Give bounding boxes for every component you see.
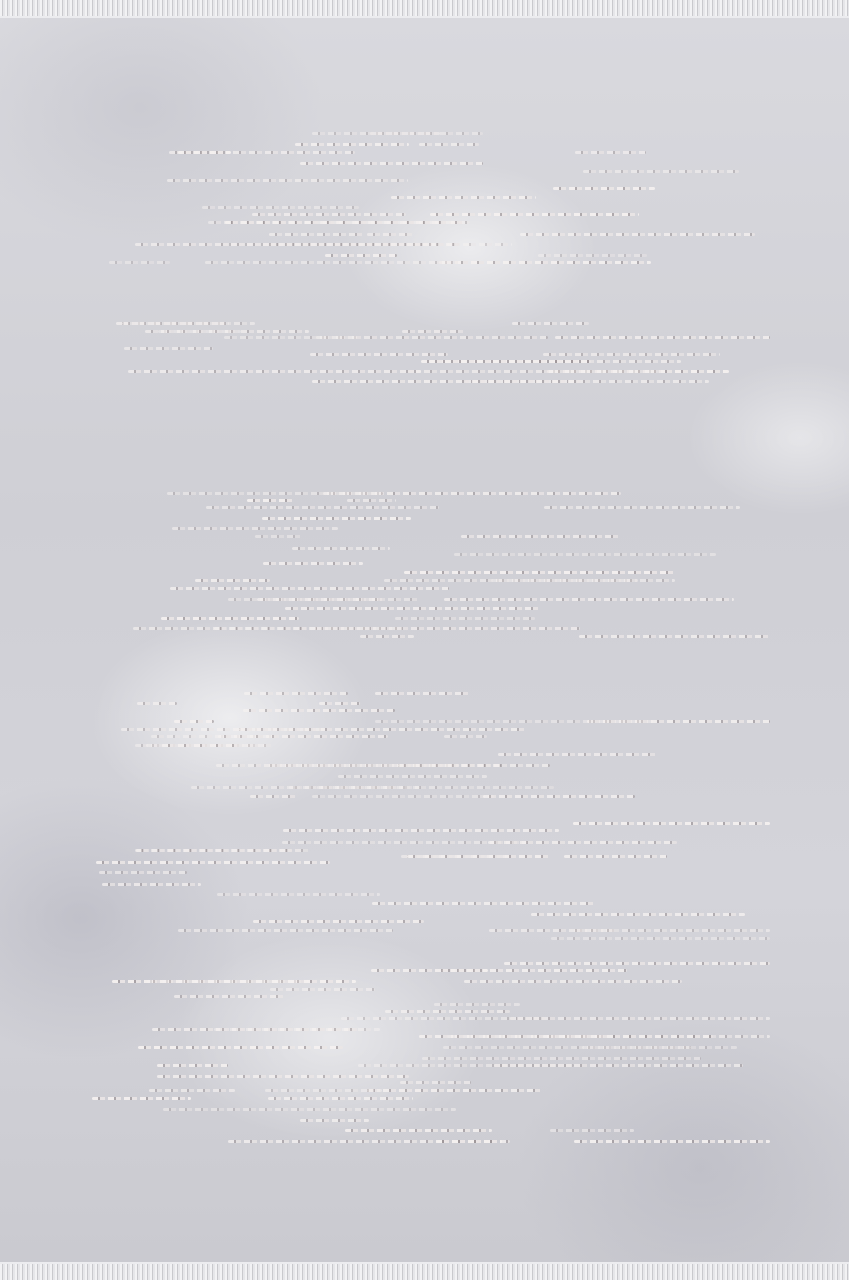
- texture-line: [312, 380, 581, 383]
- texture-line: [135, 243, 433, 246]
- texture-line: [489, 929, 618, 932]
- texture-line: [225, 221, 464, 224]
- texture-line: [250, 795, 298, 798]
- texture-line: [408, 370, 664, 373]
- texture-line: [300, 162, 483, 165]
- texture-line: [102, 883, 201, 886]
- texture-line: [358, 1064, 574, 1067]
- texture-line: [243, 709, 395, 712]
- texture-line: [367, 233, 413, 236]
- texture-line: [419, 143, 479, 146]
- texture-line: [575, 151, 646, 154]
- texture-line: [338, 775, 487, 778]
- texture-line: [268, 1097, 413, 1100]
- texture-line: [152, 1028, 358, 1031]
- texture-line: [407, 855, 550, 858]
- texture-line: [543, 1035, 770, 1038]
- texture-line: [161, 617, 299, 620]
- texture-line: [444, 598, 734, 601]
- texture-line: [544, 506, 740, 509]
- texture-line: [531, 913, 744, 916]
- texture-line: [149, 1089, 236, 1092]
- top-fringe: [0, 0, 849, 16]
- texture-line: [375, 720, 653, 723]
- texture-line: [319, 702, 360, 705]
- texture-line: [172, 527, 338, 530]
- texture-line: [551, 937, 770, 940]
- texture-line: [178, 929, 393, 932]
- texture-line: [157, 1064, 228, 1067]
- texture-line: [312, 795, 495, 798]
- texture-line: [157, 1075, 409, 1078]
- texture-line: [564, 855, 666, 858]
- texture-line: [512, 322, 590, 325]
- texture-line: [371, 969, 488, 972]
- texture-line: [206, 506, 438, 509]
- texture-line: [464, 980, 683, 983]
- texture-line: [289, 786, 403, 789]
- texture-line: [398, 764, 550, 767]
- texture-line: [174, 995, 286, 998]
- texture-line: [347, 499, 396, 502]
- texture-line: [283, 829, 559, 832]
- texture-line: [434, 1003, 520, 1006]
- texture-line: [228, 1140, 510, 1143]
- texture-line: [404, 571, 675, 574]
- texture-line: [255, 535, 302, 538]
- texture-line: [295, 143, 409, 146]
- texture-line: [574, 1140, 770, 1143]
- texture-line: [247, 499, 293, 502]
- texture-line: [147, 980, 309, 983]
- texture-line: [310, 353, 448, 356]
- texture-line: [163, 1108, 456, 1111]
- texture-line: [253, 920, 424, 923]
- texture-line: [325, 254, 398, 257]
- texture-line: [400, 1081, 471, 1084]
- texture-line: [167, 179, 408, 182]
- texture-line: [454, 553, 715, 556]
- texture-line: [137, 702, 177, 705]
- texture-line: [96, 861, 330, 864]
- texture-line: [270, 988, 375, 991]
- texture-line: [292, 547, 390, 550]
- texture-line: [550, 1129, 634, 1132]
- texture-line: [174, 720, 215, 723]
- texture-line: [195, 579, 270, 582]
- texture-line: [224, 336, 357, 339]
- texture-line: [483, 795, 634, 798]
- texture-line: [138, 1046, 344, 1049]
- texture-line: [579, 635, 770, 638]
- texture-line: [553, 187, 655, 190]
- texture-line: [128, 370, 421, 373]
- texture-line: [461, 535, 620, 538]
- texture-line: [430, 213, 638, 216]
- texture-line: [385, 1010, 510, 1013]
- texture-line: [341, 1017, 545, 1020]
- texture-line: [510, 1017, 770, 1020]
- texture-line: [263, 562, 363, 565]
- texture-line: [92, 1097, 191, 1100]
- texture-line: [170, 587, 449, 590]
- texture-line: [202, 206, 359, 209]
- texture-line: [265, 1089, 381, 1092]
- texture-line: [217, 893, 380, 896]
- texture-line: [178, 151, 231, 154]
- texture-line: [214, 627, 317, 630]
- texture-line: [146, 744, 271, 747]
- texture-line: [285, 607, 540, 610]
- texture-line: [269, 233, 365, 236]
- texture-line: [538, 254, 647, 257]
- texture-line: [573, 822, 770, 825]
- texture-line: [239, 728, 526, 731]
- texture-line: [520, 233, 754, 236]
- texture-line: [543, 353, 720, 356]
- texture-line: [504, 962, 770, 965]
- texture-line: [439, 261, 651, 264]
- texture-line: [422, 1057, 701, 1060]
- texture-line: [367, 1089, 541, 1092]
- texture-line: [372, 902, 596, 905]
- texture-line: [345, 1129, 493, 1132]
- texture-line: [498, 753, 658, 756]
- texture-line: [135, 849, 310, 852]
- texture-line: [122, 322, 254, 325]
- texture-line: [145, 330, 309, 333]
- texture-line: [257, 598, 384, 601]
- texture-line: [375, 692, 471, 695]
- texture-line: [244, 692, 347, 695]
- texture-line: [444, 735, 487, 738]
- texture-line: [167, 492, 383, 495]
- texture-line: [402, 330, 464, 333]
- bottom-fringe: [0, 1264, 849, 1280]
- texture-line: [533, 360, 681, 363]
- texture-line: [384, 579, 675, 582]
- texture-line: [205, 261, 461, 264]
- texture-line: [262, 517, 410, 520]
- texture-line: [300, 1119, 370, 1122]
- texture-line: [395, 617, 535, 620]
- texture-line: [360, 635, 414, 638]
- texture-line: [124, 347, 212, 350]
- texture-line: [582, 1046, 691, 1049]
- texture-line: [109, 261, 170, 264]
- texture-line: [583, 170, 739, 173]
- rug-body: [0, 16, 849, 1264]
- texture-line: [391, 196, 535, 199]
- texture-line: [218, 735, 387, 738]
- texture-line: [555, 336, 770, 339]
- texture-line: [488, 841, 677, 844]
- texture-line: [312, 132, 484, 135]
- texture-line: [99, 871, 186, 874]
- texture-line: [252, 213, 406, 216]
